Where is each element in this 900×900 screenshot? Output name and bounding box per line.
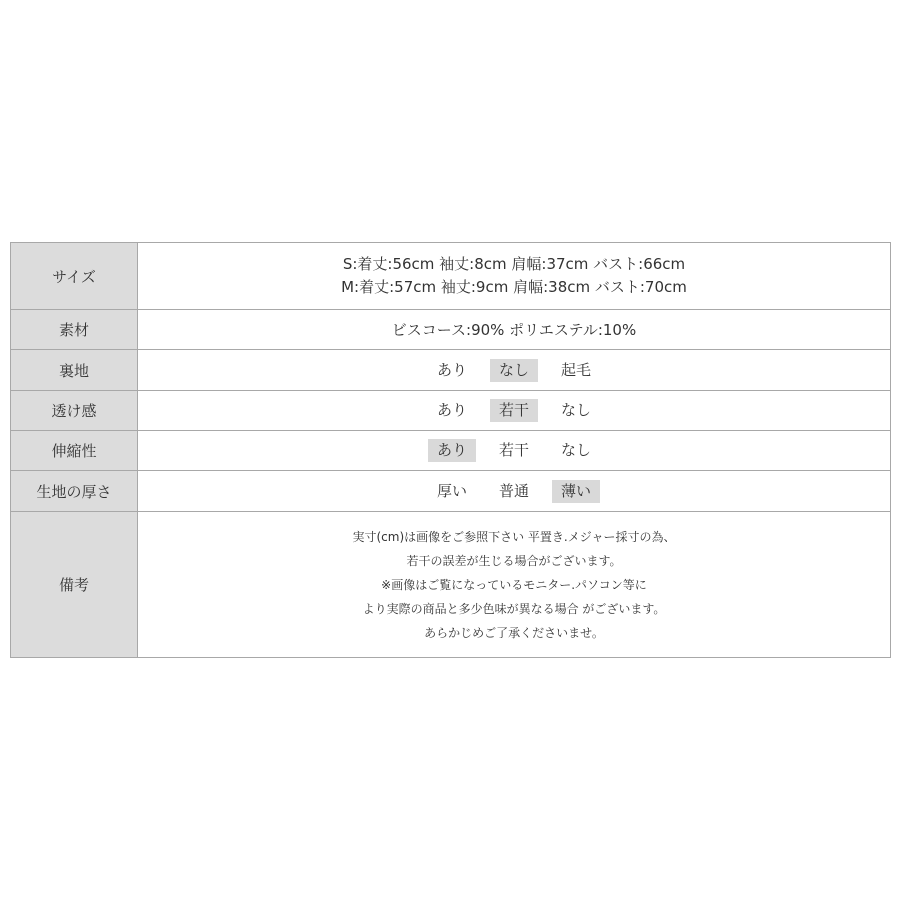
label-stretch: 伸縮性 [11,431,138,471]
row-stretch: 伸縮性 あり 若干 なし [11,431,891,471]
stretch-option: 若干 [490,439,538,462]
label-sheer: 透け感 [11,391,138,431]
stretch-option-selected: あり [428,439,476,462]
note-line: ※画像はご覧になっているモニター.パソコン等に [138,573,890,597]
stretch-option: なし [552,439,600,462]
note-line: 実寸(cm)は画像をご参照下さい 平置き.メジャー採寸の為、 [138,525,890,549]
sheer-option: なし [552,399,600,422]
label-notes: 備考 [11,512,138,658]
row-thickness: 生地の厚さ 厚い 普通 薄い [11,471,891,512]
label-material: 素材 [11,310,138,350]
row-material: 素材 ビスコース:90% ポリエステル:10% [11,310,891,350]
product-spec-table: サイズ S:着丈:56cm 袖丈:8cm 肩幅:37cm バスト:66cm M:… [10,242,891,658]
value-notes: 実寸(cm)は画像をご参照下さい 平置き.メジャー採寸の為、 若干の誤差が生じる… [138,512,891,658]
thickness-option: 厚い [428,480,476,503]
sheer-option-selected: 若干 [490,399,538,422]
label-lining: 裏地 [11,350,138,391]
sheer-option: あり [428,399,476,422]
label-thickness: 生地の厚さ [11,471,138,512]
row-sheer: 透け感 あり 若干 なし [11,391,891,431]
note-line: 若干の誤差が生じる場合がございます。 [138,549,890,573]
lining-option-selected: なし [490,359,538,382]
lining-option: あり [428,359,476,382]
thickness-option-selected: 薄い [552,480,600,503]
size-s: S:着丈:56cm 袖丈:8cm 肩幅:37cm バスト:66cm [138,253,890,276]
value-size: S:着丈:56cm 袖丈:8cm 肩幅:37cm バスト:66cm M:着丈:5… [138,243,891,310]
lining-option: 起毛 [552,359,600,382]
size-m: M:着丈:57cm 袖丈:9cm 肩幅:38cm バスト:70cm [138,276,890,299]
row-notes: 備考 実寸(cm)は画像をご参照下さい 平置き.メジャー採寸の為、 若干の誤差が… [11,512,891,658]
row-size: サイズ S:着丈:56cm 袖丈:8cm 肩幅:37cm バスト:66cm M:… [11,243,891,310]
thickness-option: 普通 [490,480,538,503]
row-lining: 裏地 あり なし 起毛 [11,350,891,391]
note-line: より実際の商品と多少色味が異なる場合 がございます。 [138,597,890,621]
label-size: サイズ [11,243,138,310]
value-material: ビスコース:90% ポリエステル:10% [138,310,891,350]
note-line: あらかじめご了承くださいませ。 [138,621,890,645]
